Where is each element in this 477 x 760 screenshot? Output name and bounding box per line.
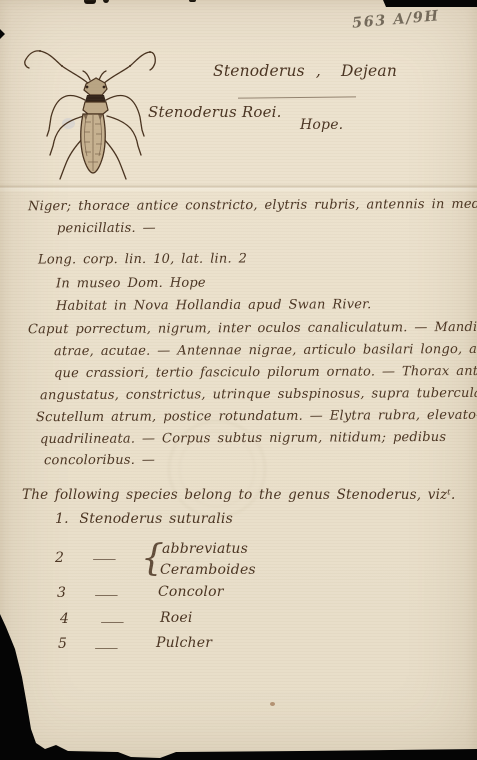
species-dash: — [92, 552, 117, 567]
species-dash: — [94, 641, 119, 656]
middle-leg-left [50, 116, 84, 155]
beetle-illustration [20, 40, 162, 186]
species-name: Pulcher [156, 635, 212, 651]
torn-edge-speck [84, 0, 96, 4]
species-number: 3 [57, 585, 66, 601]
habitat-line: Habitat in Nova Hollandia apud Swan Rive… [56, 297, 372, 314]
front-leg-left [47, 96, 85, 136]
antenna-left [25, 51, 89, 84]
genus-name: Stenoderus , [213, 62, 321, 80]
species-number: 5 [58, 636, 67, 652]
species-name: Ceramboides [160, 562, 256, 578]
measurements-line: Long. corp. lin. 10, lat. lin. 2 [38, 251, 247, 267]
species-name: Roei [160, 610, 193, 626]
torn-edge-speck [189, 0, 196, 2]
description-line: quadrilineata. — Corpus subtus nigrum, n… [40, 430, 446, 447]
heading-species: Stenoderus Roei. [148, 103, 282, 121]
diagnosis-line-2: penicillatis. — [57, 221, 156, 237]
description-line: que crassiori, tertio fasciculo pilorum … [54, 364, 477, 381]
description-line: Scutellum atrum, postice rotundatum. — E… [36, 408, 477, 425]
species-dash: — [94, 588, 119, 603]
heading-species-author: Hope. [300, 117, 343, 133]
species-list-intro: The following species belong to the genu… [22, 487, 455, 503]
collection-line: In museo Dom. Hope [56, 276, 206, 292]
description-line: atrae, acutae. — Antennae nigrae, articu… [54, 342, 477, 359]
description-line: Caput porrectum, nigrum, inter oculos ca… [28, 320, 477, 338]
front-leg-right [106, 96, 144, 136]
manuscript-scan: 563 A/9H Stenoderus ,Dejean Stenoderus R… [0, 0, 477, 760]
description-line: concoloribus. — [44, 453, 155, 469]
beetle-thorax [83, 102, 108, 114]
species-name: Concolor [158, 584, 224, 600]
beetle-collar [85, 95, 106, 102]
genus-author: Dejean [341, 62, 397, 80]
species-number: 2 [55, 550, 64, 566]
antenna-right [103, 52, 155, 84]
species-name: Stenoderus suturalis [79, 511, 233, 527]
heading-genus: Stenoderus ,Dejean [213, 62, 397, 80]
species-name: abbreviatus [162, 541, 248, 557]
species-number: 4 [60, 611, 69, 627]
description-line: angustatus, constrictus, utrinque subspi… [40, 386, 477, 403]
diagnosis-line-1: Niger; thorace antice constricto, elytri… [28, 197, 477, 214]
species-row-1: 1. Stenoderus suturalis [55, 511, 233, 527]
species-dash: — [100, 615, 125, 630]
species-number: 1. [55, 511, 69, 527]
